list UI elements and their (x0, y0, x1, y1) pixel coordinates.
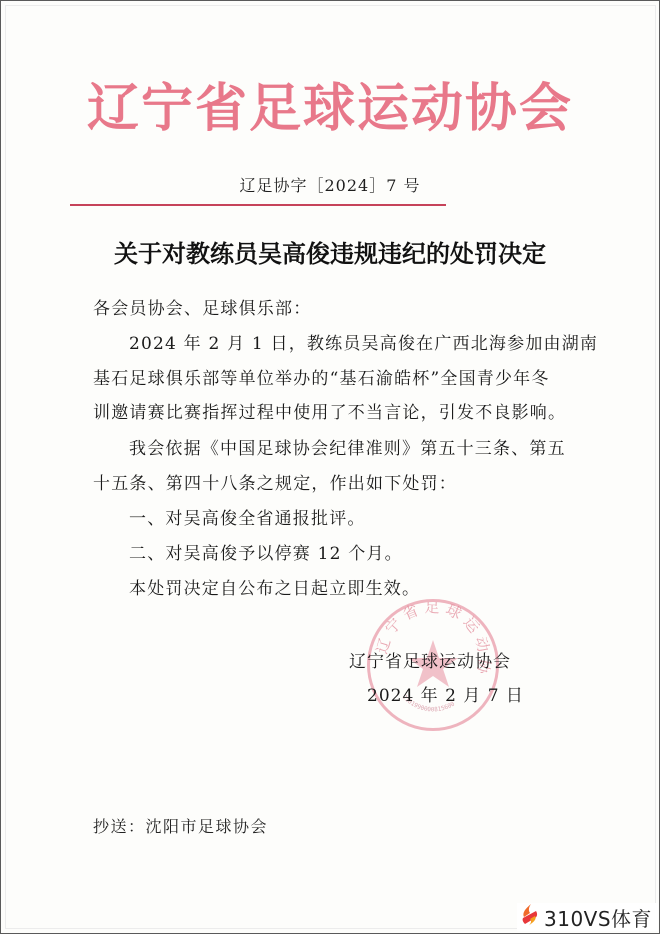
effective-statement: 本处罚决定自公布之日起立即生效。 (129, 581, 629, 598)
issuer-header: 辽宁省足球运动协会 (1, 83, 659, 135)
flame-logo-icon (519, 903, 541, 932)
red-divider-line (70, 204, 446, 206)
watermark-text: 310VS体育 (544, 903, 652, 932)
paragraph-line-4: 我会依据《中国足球协会纪律准则》第五十三条、第五 (129, 441, 629, 458)
page-edge (5, 5, 656, 929)
signature-organization: 辽宁省足球运动协会 (349, 647, 511, 672)
document-number: 辽足协字［2024］7 号 (1, 173, 659, 196)
penalty-item-2: 二、对吴高俊予以停赛 12 个月。 (129, 546, 629, 563)
document-page: 辽宁省足球运动协会 辽足协字［2024］7 号 关于对教练员吴高俊违规违纪的处罚… (0, 0, 660, 934)
paragraph-line-3: 训邀请赛比赛指挥过程中使用了不当言论，引发不良影响。 (93, 405, 593, 422)
salutation: 各会员协会、足球俱乐部： (93, 301, 593, 318)
cc-recipient: 抄送：沈阳市足球协会 (93, 814, 268, 837)
paragraph-line-5: 十五条、第四十八条之规定，作出如下处罚： (93, 476, 593, 493)
signature-date: 2024 年 2 月 7 日 (367, 681, 524, 706)
paragraph-line-1: 2024 年 2 月 1 日，教练员吴高俊在广西北海参加由湖南 (129, 336, 629, 353)
watermark: 310VS体育 (517, 903, 658, 931)
penalty-item-1: 一、对吴高俊全省通报批评。 (129, 511, 629, 528)
document-title: 关于对教练员吴高俊违规违纪的处罚决定 (1, 234, 659, 269)
paragraph-line-2: 基石足球俱乐部等单位举办的“基石渝皓杯”全国青少年冬 (93, 371, 593, 388)
